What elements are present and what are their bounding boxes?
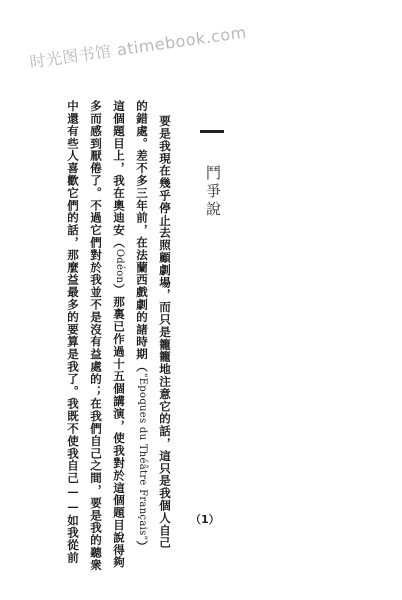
text-column-3: 這個題目上，我在奧迪安（Odéon）那裏已作過十五個講演，使我對於這個題目說得夠 bbox=[113, 100, 125, 569]
page-number: （1） bbox=[190, 511, 220, 527]
text-segment: 的錯處。差不多三年前，在法蘭西戲劇的諸時期（ bbox=[135, 100, 149, 373]
latin-phrase: "Epoques du Théâtre Français" bbox=[137, 373, 148, 541]
text-segment: ） bbox=[135, 540, 149, 552]
watermark: 时光图书馆 atimebook.com bbox=[28, 20, 248, 73]
latin-phrase: Odéon bbox=[114, 249, 125, 283]
text-column-2: 的錯處。差不多三年前，在法蘭西戲劇的諸時期（"Epoques du Théâtr… bbox=[136, 100, 148, 553]
chapter-title: 鬥爭說 bbox=[203, 165, 224, 219]
text-column-5: 中還有些人喜歡它們的話，那麼益最多的要算是我了。我既不使我自己——如我從前 bbox=[67, 100, 79, 564]
text-column-4: 多而感到厭倦了。不過它們對於我並不是沒有益處的；在我們自己之間，要是我的聽衆 bbox=[90, 100, 102, 571]
chapter-numeral bbox=[200, 130, 224, 133]
text-column-1: 要是我現在幾乎停止去照顧劇場，而只是籠籠地注意它的話，這只是我個人自己 bbox=[159, 115, 171, 549]
text-segment: ）那裏已作過十五個講演，使我對於這個題目說得夠 bbox=[112, 283, 126, 568]
text-segment: 這個題目上，我在奧迪安（ bbox=[112, 100, 126, 249]
